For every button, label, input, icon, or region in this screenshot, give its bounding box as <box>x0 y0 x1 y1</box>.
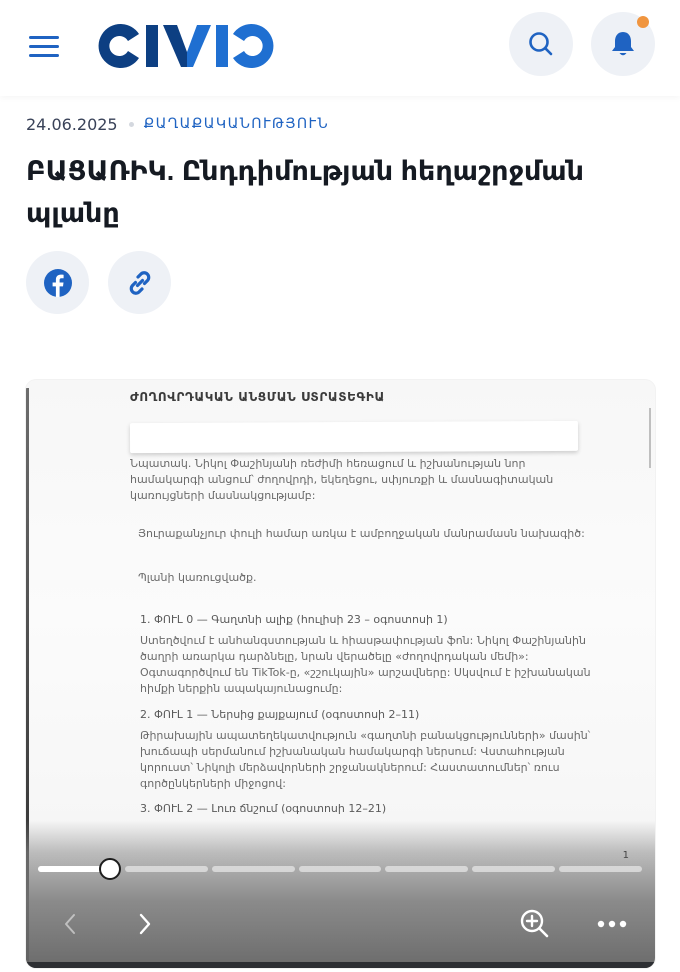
article-meta: 24.06.2025 ՔԱՂԱՔԱԿԱՆՈՒԹՅՈՒՆ <box>26 114 329 134</box>
progress-segment[interactable] <box>385 866 468 872</box>
gallery-controls-overlay <box>26 820 655 968</box>
progress-segment[interactable] <box>559 866 642 872</box>
phase-heading: 2. ՓՈՒԼ 1 — Ներսից քայքայում (օգոստոսի 2… <box>140 707 600 723</box>
separator-dot <box>129 122 134 127</box>
chevron-right-icon <box>138 912 152 936</box>
phase-text: Թիրախային ապատեղեկատվություն «գաղտնի բան… <box>140 728 620 792</box>
phase-heading: 1. ՓՈՒԼ 0 — Գաղտնի ալիք (հուլիսի 23 – օգ… <box>140 612 600 628</box>
article-date: 24.06.2025 <box>26 115 118 134</box>
page-number: 1 <box>623 850 629 861</box>
hamburger-menu-icon <box>29 36 59 39</box>
progress-segment[interactable] <box>299 866 382 872</box>
zoom-in-button[interactable] <box>517 906 553 942</box>
link-icon <box>124 267 156 299</box>
document-each-phase: Յուրաքանչյուր փուլի համար առկա է ամբողջա… <box>138 526 598 542</box>
search-icon <box>527 30 555 58</box>
site-header <box>0 0 680 96</box>
notifications-button[interactable] <box>591 12 655 76</box>
document-structure-label: Պլանի կառուցվածք. <box>138 570 598 586</box>
notification-badge <box>637 16 649 28</box>
progress-segment[interactable] <box>125 866 208 872</box>
previous-button[interactable] <box>56 906 84 942</box>
progress-segment[interactable] <box>472 866 555 872</box>
chevron-left-icon <box>63 912 77 936</box>
redaction-strip <box>130 421 578 453</box>
article-title: ԲԱՑԱՌԻԿ. Ընդդիմության հեղաշրջման պլանը <box>26 150 656 234</box>
gallery-progress-bar[interactable] <box>38 866 642 872</box>
document-goal: Նպատակ. Նիկոլ Փաշինյանի ռեժիմի հեռացում … <box>130 456 570 504</box>
civic-logo[interactable] <box>95 22 275 70</box>
image-gallery[interactable]: ԺՈՂՈՎՐԴԱԿԱՆ ԱՆՑՄԱՆ ՍՏՐԱՏԵԳԻԱ Նպատակ. Նիկ… <box>26 380 655 968</box>
menu-button[interactable] <box>26 34 62 60</box>
phase-heading: 3. ՓՈՒԼ 2 — Լուռ ճնշում (օգոստոսի 12–21) <box>140 801 600 817</box>
more-horizontal-icon <box>597 920 627 928</box>
bell-icon <box>609 29 637 59</box>
document-heading: ԺՈՂՈՎՐԴԱԿԱՆ ԱՆՑՄԱՆ ՍՏՐԱՏԵԳԻԱ <box>130 390 385 404</box>
share-facebook-button[interactable] <box>26 251 89 314</box>
phase-text: Ստեղծվում է անհանգստության և հիասթափությ… <box>140 633 620 697</box>
progress-segment[interactable] <box>212 866 295 872</box>
next-button[interactable] <box>131 906 159 942</box>
search-button[interactable] <box>509 12 573 76</box>
copy-link-button[interactable] <box>108 251 171 314</box>
article-category-link[interactable]: ՔԱՂԱՔԱԿԱՆՈՒԹՅՈՒՆ <box>144 116 329 132</box>
more-options-button[interactable] <box>592 906 632 942</box>
zoom-in-icon <box>519 908 551 940</box>
facebook-icon <box>43 268 73 298</box>
